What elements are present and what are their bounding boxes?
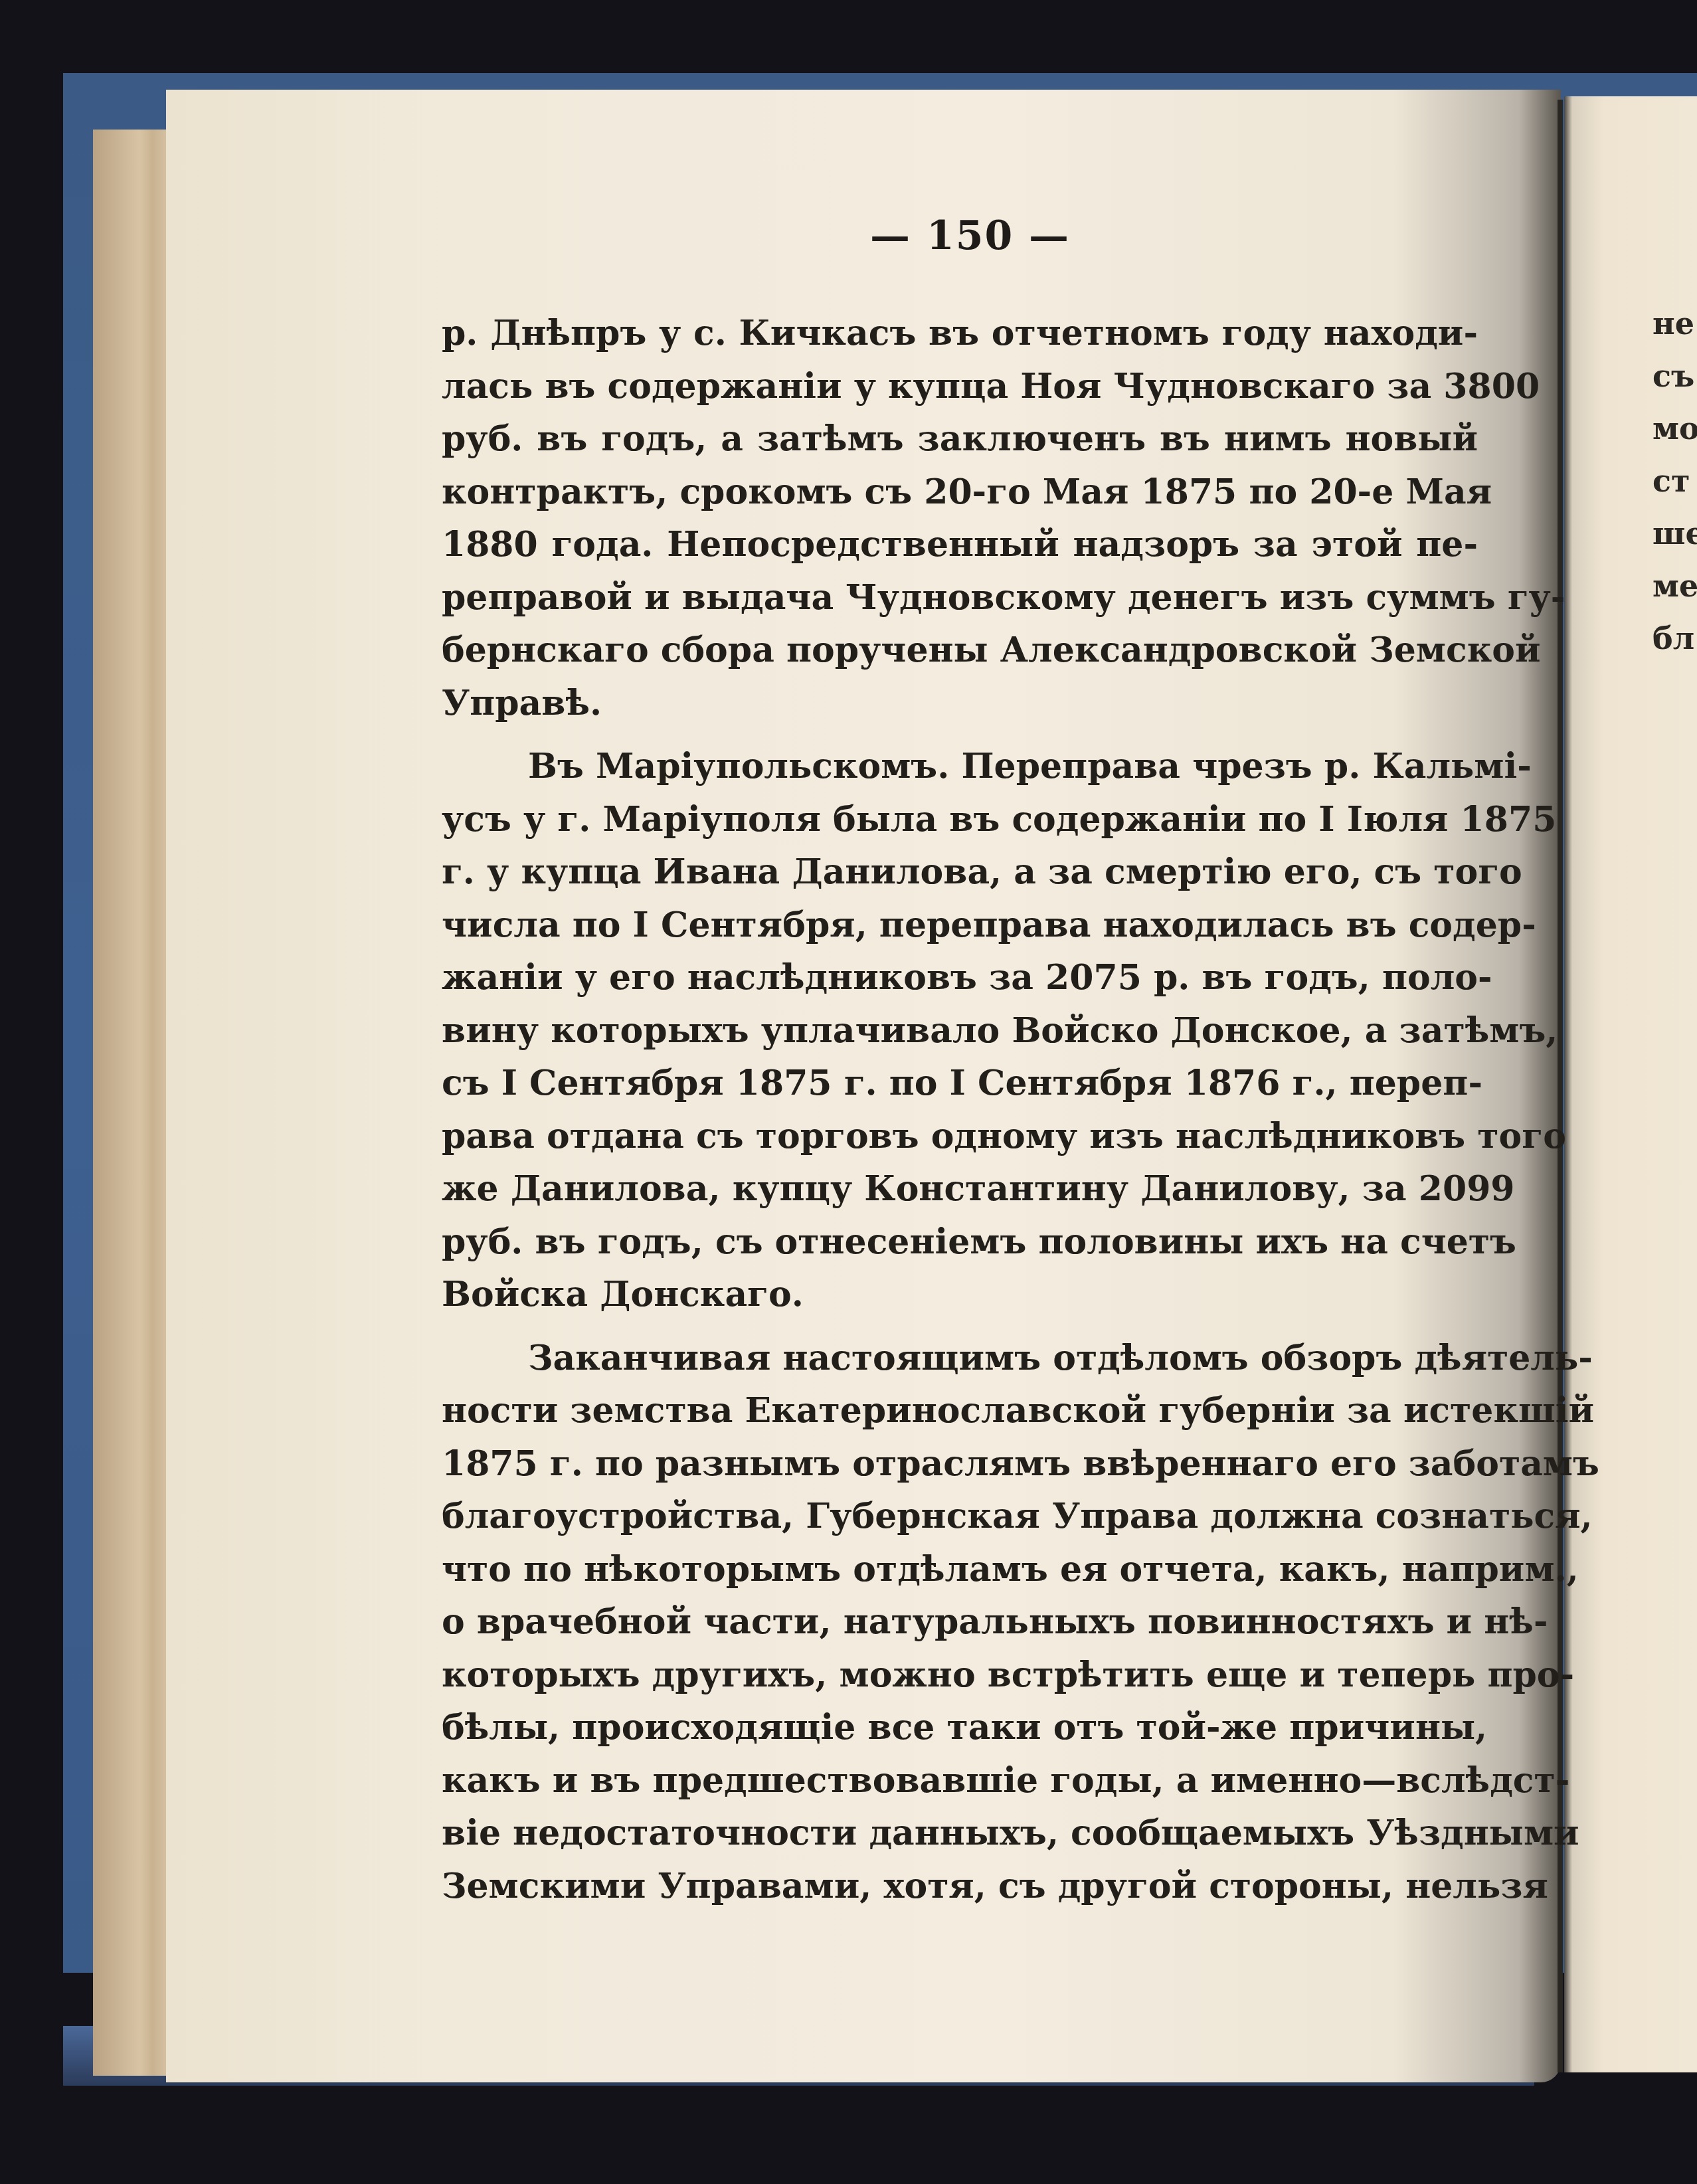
text-line: руб. въ годъ, съ отнесенiемъ половины их… bbox=[442, 1216, 1478, 1269]
fragment: ст bbox=[1652, 455, 1697, 507]
text-line: жанiи у его наслѣдниковъ за 2075 р. въ г… bbox=[442, 951, 1478, 1004]
text-line: 1875 г. по разнымъ отраслямъ ввѣреннаго … bbox=[442, 1437, 1478, 1491]
fragment: не bbox=[1652, 298, 1697, 350]
paragraph-3: Заканчивая настоящимъ отдѣломъ обзоръ дѣ… bbox=[442, 1332, 1478, 1913]
text-line: съ I Сентября 1875 г. по I Сентября 1876… bbox=[442, 1057, 1478, 1110]
text-line: числа по I Сентября, переправа находилас… bbox=[442, 899, 1478, 952]
text-line: реправой и выдача Чудновскому денегъ изъ… bbox=[442, 571, 1478, 624]
text-line: лась въ содержанiи у купца Ноя Чудновска… bbox=[442, 360, 1478, 413]
text-line: усъ у г. Марiуполя была въ содержанiи по… bbox=[442, 793, 1478, 846]
text-line: руб. въ годъ, а затѣмъ заключенъ въ нимъ… bbox=[442, 412, 1478, 466]
fragment: бл bbox=[1652, 612, 1697, 665]
text-line: контрактъ, срокомъ съ 20-го Мая 1875 по … bbox=[442, 466, 1478, 519]
text-line: что по нѣкоторымъ отдѣламъ ея отчета, ка… bbox=[442, 1543, 1478, 1596]
page-number: — 150 — bbox=[870, 213, 1070, 259]
text-line: благоустройства, Губернская Управа должн… bbox=[442, 1490, 1478, 1543]
text-line: Заканчивая настоящимъ отдѣломъ обзоръ дѣ… bbox=[442, 1332, 1478, 1385]
fragment: ше bbox=[1652, 507, 1697, 560]
text-line: которыхъ другихъ, можно встрѣтить еще и … bbox=[442, 1649, 1478, 1702]
text-line: Войска Донскаго. bbox=[442, 1268, 1478, 1321]
fragment: ме bbox=[1652, 560, 1697, 612]
paragraph-1: р. Днѣпръ у с. Кичкасъ въ отчетномъ году… bbox=[442, 307, 1478, 729]
fragment: мо bbox=[1652, 403, 1697, 455]
text-line: р. Днѣпръ у с. Кичкасъ въ отчетномъ году… bbox=[442, 307, 1478, 360]
text-line: вину которыхъ уплачивало Войско Донское,… bbox=[442, 1004, 1478, 1057]
text-line: какъ и въ предшествовавшiе годы, а именн… bbox=[442, 1754, 1478, 1807]
text-line: о врачебной части, натуральныхъ повиннос… bbox=[442, 1595, 1478, 1649]
text-line: Земскими Управами, хотя, съ другой сторо… bbox=[442, 1860, 1478, 1913]
text-line: ности земства Екатеринославской губернiи… bbox=[442, 1384, 1478, 1437]
facing-page-text-fragments: не съ мо ст ше ме бл bbox=[1652, 298, 1697, 665]
text-line: Въ Марiупольскомъ. Переправа чрезъ р. Ка… bbox=[442, 740, 1478, 793]
text-line: же Данилова, купцу Константину Данилову,… bbox=[442, 1162, 1478, 1216]
text-line: бѣлы, происходящiе все таки отъ той-же п… bbox=[442, 1701, 1478, 1754]
text-line: Управѣ. bbox=[442, 677, 1478, 730]
paragraph-2: Въ Марiупольскомъ. Переправа чрезъ р. Ка… bbox=[442, 740, 1478, 1321]
fragment: съ bbox=[1652, 350, 1697, 403]
page-body-text: р. Днѣпръ у с. Кичкасъ въ отчетномъ году… bbox=[442, 307, 1478, 1912]
text-line: рава отдана съ торговъ одному изъ наслѣд… bbox=[442, 1110, 1478, 1163]
text-line: бернскаго сбора поручены Александровской… bbox=[442, 624, 1478, 677]
text-line: 1880 года. Непосредственный надзоръ за э… bbox=[442, 518, 1478, 571]
text-line: г. у купца Ивана Данилова, а за смертiю … bbox=[442, 846, 1478, 899]
text-line: вiе недостаточности данныхъ, сообщаемыхъ… bbox=[442, 1807, 1478, 1860]
